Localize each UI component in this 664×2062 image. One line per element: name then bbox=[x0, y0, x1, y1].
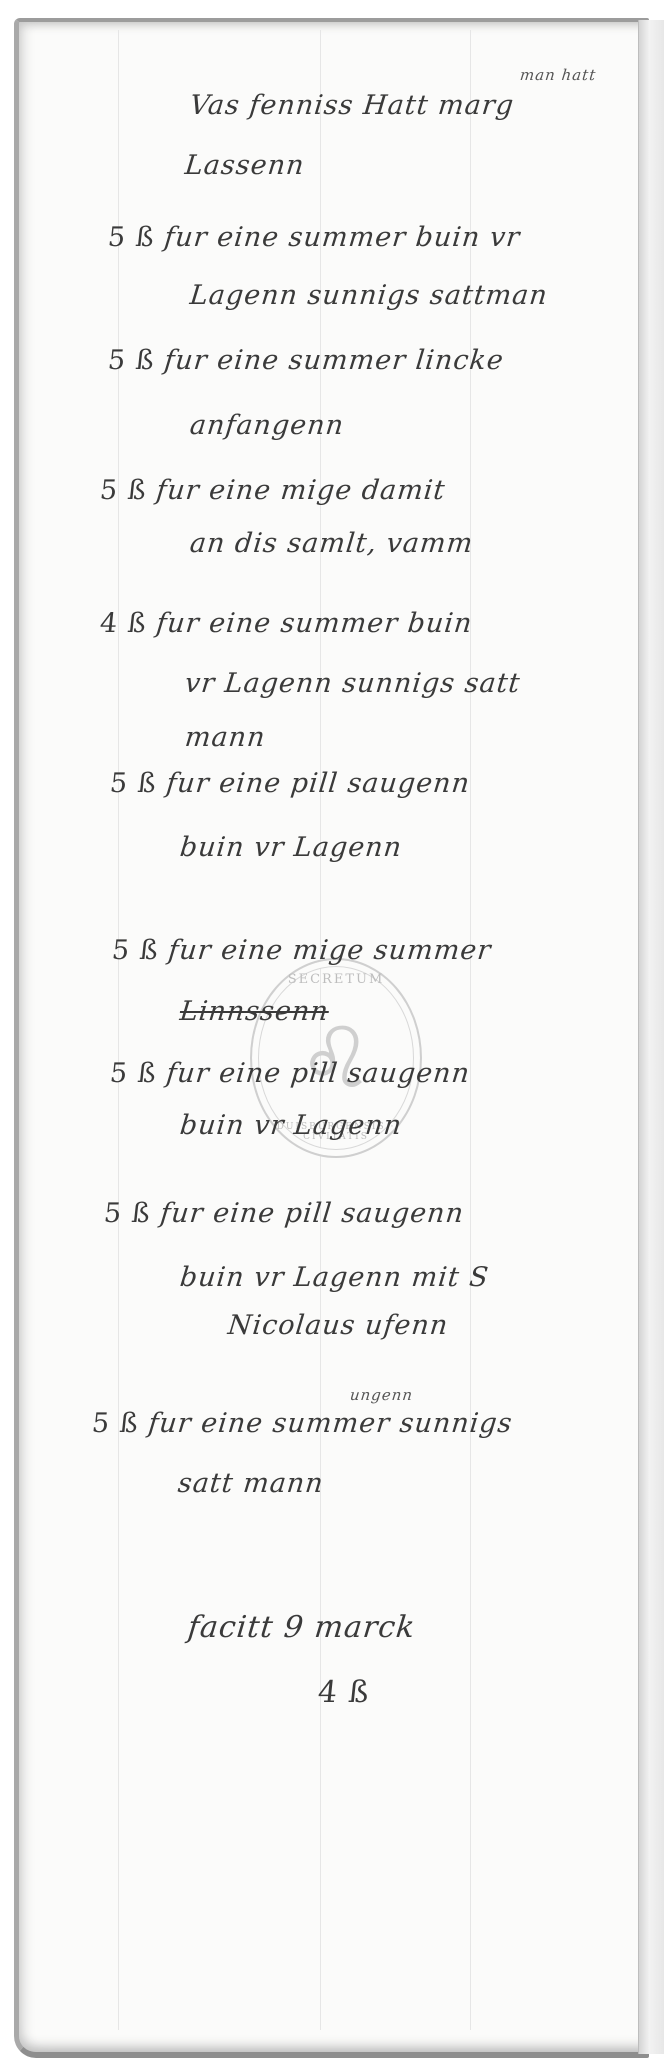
entry-line: 5 ß fur eine pill saugenn bbox=[108, 1058, 471, 1089]
entry-line: 5 ß fur eine pill saugenn bbox=[102, 1198, 465, 1229]
entry-text: fur eine summer buin bbox=[155, 608, 474, 639]
total-line-1: facitt 9 marck bbox=[186, 1610, 417, 1645]
entry-text: fur eine pill saugenn bbox=[165, 1058, 472, 1089]
heading-line-2: Lassenn bbox=[183, 150, 306, 181]
entry-line: buin vr Lagenn mit S bbox=[178, 1262, 490, 1293]
entry-amount: 5 ß bbox=[102, 1198, 152, 1229]
entry-line: buin vr Lagenn bbox=[178, 832, 403, 863]
entry-text: fur eine summer lincke bbox=[163, 345, 506, 376]
entry-amount: 5 ß bbox=[110, 935, 160, 966]
entry-amount: 5 ß bbox=[106, 345, 156, 376]
entry-text: fur eine pill saugenn bbox=[159, 1198, 466, 1229]
entry-line: satt mann bbox=[176, 1468, 325, 1499]
heading-superscript: man hatt bbox=[519, 66, 597, 84]
entry-text: fur eine summer sunnigs bbox=[147, 1408, 514, 1439]
entry-line: Lagenn sunnigs sattman bbox=[188, 280, 549, 311]
entry-text: fur eine mige summer bbox=[167, 935, 493, 966]
entry-line: 5 ß fur eine summer sunnigs bbox=[90, 1408, 514, 1439]
entry-text: fur eine mige damit bbox=[155, 475, 447, 506]
entry-line-struck: Linnssenn bbox=[178, 996, 330, 1027]
entry-line: 5 ß fur eine summer buin vr bbox=[106, 222, 521, 253]
entry-amount: 5 ß bbox=[108, 1058, 158, 1089]
heading-line-1: Vas fenniss Hatt marg bbox=[188, 90, 515, 121]
seal-legend-top: SECRETUM bbox=[252, 972, 420, 987]
entry-amount: 5 ß bbox=[90, 1408, 140, 1439]
entry-text: fur eine summer buin vr bbox=[163, 222, 522, 253]
entry-line: vr Lagenn sunnigs satt bbox=[183, 668, 522, 699]
entry-amount: 5 ß bbox=[108, 768, 158, 799]
entry-line: 5 ß fur eine mige damit bbox=[98, 475, 447, 506]
entry-superscript: ungenn bbox=[349, 1386, 414, 1404]
entry-amount: 5 ß bbox=[98, 475, 148, 506]
entry-line: an dis samlt, vamm bbox=[188, 528, 474, 559]
paper-fold-line bbox=[470, 30, 471, 2030]
binding-strip bbox=[638, 20, 664, 2054]
entry-line: 5 ß fur eine pill saugenn bbox=[108, 768, 471, 799]
entry-amount: 4 ß bbox=[98, 608, 148, 639]
entry-line: buin vr Lagenn bbox=[178, 1110, 403, 1141]
entry-line: 5 ß fur eine summer lincke bbox=[106, 345, 505, 376]
entry-line: 4 ß fur eine summer buin bbox=[98, 608, 474, 639]
entry-line: 5 ß fur eine mige summer bbox=[110, 935, 493, 966]
entry-amount: 5 ß bbox=[106, 222, 156, 253]
total-line-2: 4 ß bbox=[316, 1675, 371, 1710]
entry-text: fur eine pill saugenn bbox=[165, 768, 472, 799]
entry-line: mann bbox=[183, 722, 267, 753]
entry-line: Nicolaus ufenn bbox=[226, 1310, 450, 1341]
paper-fold-line bbox=[118, 30, 119, 2030]
entry-line: anfangenn bbox=[188, 410, 345, 441]
